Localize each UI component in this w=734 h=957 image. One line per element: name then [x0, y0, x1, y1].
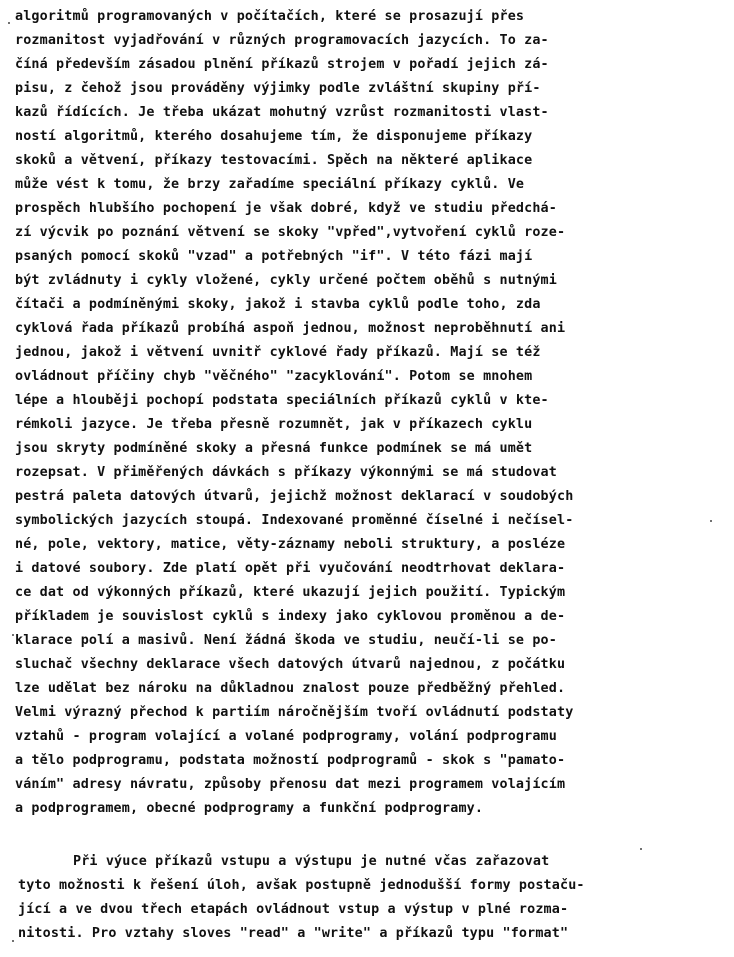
text-line: rémkoli jazyce. Je třeba přesně rozumnět…	[15, 417, 532, 433]
text-line: rozepsat. V přiměřených dávkách s příkaz…	[15, 465, 557, 481]
text-line: sluchač všechny deklarace všech datových…	[15, 657, 565, 673]
text-line: být zvládnuty i cykly vložené, cykly urč…	[15, 273, 557, 289]
text-line: jednou, jakož i větvení uvnitř cyklové ř…	[15, 345, 541, 361]
text-line: číná především zásadou plnění příkazů st…	[15, 57, 549, 73]
text-line: jsou skryty podmíněné skoky a přesná fun…	[15, 441, 532, 457]
text-line: prospěch hlubšího pochopení je však dobr…	[15, 201, 557, 217]
text-line: i datové soubory. Zde platí opět při vyu…	[15, 561, 565, 577]
text-line: lze udělat bez nároku na důkladnou znalo…	[15, 681, 565, 697]
text-line: zí výcvik po poznání větvení se skoky "v…	[15, 225, 565, 241]
text-line: příkladem je souvislost cyklů s indexy j…	[15, 609, 565, 625]
text-line: rozmanitost vyjadřování v různých progra…	[15, 33, 549, 49]
text-line: jící a ve dvou třech etapách ovládnout v…	[18, 902, 568, 918]
scan-speck	[12, 634, 14, 636]
text-line: ce dat od výkonných příkazů, které ukazu…	[15, 585, 565, 601]
text-line: symbolických jazycích stoupá. Indexované…	[15, 513, 573, 529]
text-line: vztahů - program volající a volané podpr…	[15, 729, 557, 745]
text-line: psaných pomocí skoků "vzad" a potřebných…	[15, 249, 532, 265]
text-line: né, pole, vektory, matice, věty-záznamy …	[15, 537, 565, 553]
text-line: Při výuce příkazů vstupu a výstupu je nu…	[73, 854, 549, 870]
text-line: lépe a hlouběji pochopí podstata speciál…	[15, 393, 549, 409]
text-line: pestrá paleta datových útvarů, jejichž m…	[15, 489, 573, 505]
scan-speck	[640, 848, 642, 850]
text-line: ností algoritmů, kterého dosahujeme tím,…	[15, 129, 532, 145]
text-line: a tělo podprogramu, podstata možností po…	[15, 753, 565, 769]
scan-speck	[12, 940, 14, 942]
text-line: klarace polí a masivů. Není žádná škoda …	[15, 633, 557, 649]
text-line: kazů řídících. Je třeba ukázat mohutný v…	[15, 105, 549, 121]
scan-speck	[250, 110, 252, 112]
text-line: cyklová řada příkazů probíhá aspoň jedno…	[15, 321, 565, 337]
text-line: a podprogramem, obecné podprogramy a fun…	[15, 801, 483, 817]
scan-speck	[8, 22, 10, 24]
text-line: Velmi výrazný přechod k partiím náročněj…	[15, 705, 573, 721]
scanned-typewritten-page: algoritmů programovaných v počítačích, k…	[0, 0, 734, 957]
text-line: může vést k tomu, že brzy zařadíme speci…	[15, 177, 524, 193]
text-line: tyto možnosti k řešení úloh, avšak postu…	[18, 878, 585, 894]
text-line: čítači a podmíněnými skoky, jakož i stav…	[15, 297, 541, 313]
text-line: pisu, z čehož jsou prováděny výjimky pod…	[15, 81, 541, 97]
text-line: algoritmů programovaných v počítačích, k…	[15, 9, 524, 25]
text-line: ovládnout příčiny chyb "věčného" "zacykl…	[15, 369, 532, 385]
text-line: váním" adresy návratu, způsoby přenosu d…	[15, 777, 565, 793]
scan-speck	[710, 520, 712, 522]
text-line: skoků a větvení, příkazy testovacími. Sp…	[15, 153, 532, 169]
text-line: nitosti. Pro vztahy sloves "read" a "wri…	[18, 926, 568, 942]
